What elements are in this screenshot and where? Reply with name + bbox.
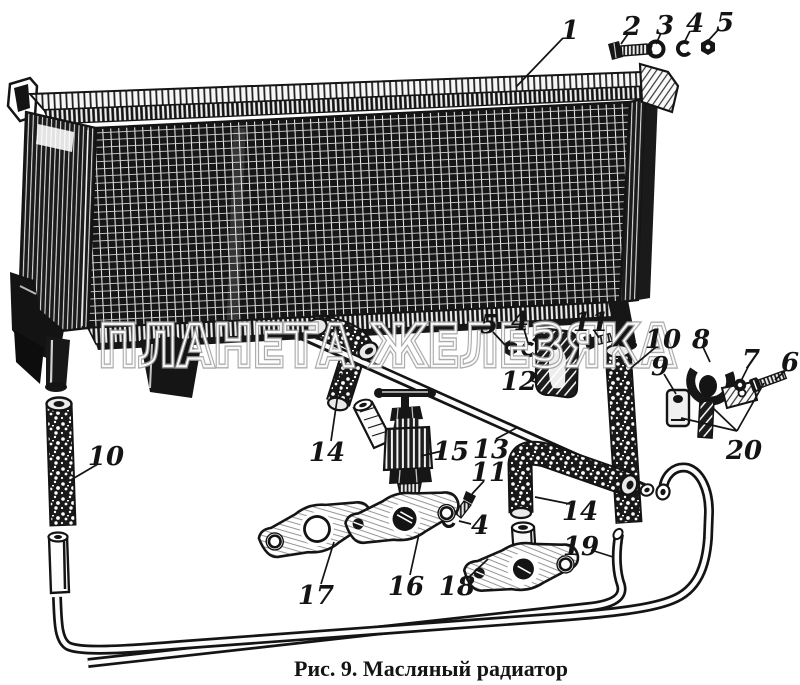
callout-label-1: 1	[561, 16, 579, 46]
callout-label-5: 5	[480, 310, 498, 340]
valve-body	[384, 427, 432, 470]
callout-label-20: 20	[725, 436, 762, 466]
callout-label-2: 2	[622, 12, 641, 42]
figure-caption: Рис. 9. Масляный радиатор	[294, 656, 568, 681]
oil-radiator-parts-diagram: ПЛАНЕТА ЖЕЛЕЗЯКА ПЛАНЕТА ЖЕЛЕЗЯКА 123455…	[0, 0, 800, 685]
callout-label-18: 18	[439, 572, 475, 602]
callout-label-6: 6	[781, 348, 799, 378]
callout-label-8: 8	[691, 325, 710, 355]
lock-washer-4	[678, 42, 690, 55]
callout-label-3: 3	[656, 11, 674, 41]
drain-valve-15	[353, 388, 436, 503]
callout-label-10: 10	[645, 325, 681, 355]
callout-leader-line-16	[410, 534, 419, 575]
callout-label-4: 4	[686, 9, 704, 39]
oil-pipe-long-loop	[57, 468, 709, 650]
hose-10-left	[47, 398, 72, 527]
callout-label-14: 14	[309, 438, 345, 468]
callout-leader-line-4	[459, 521, 471, 524]
callout-label-5: 5	[716, 8, 734, 38]
radiator-core	[88, 102, 630, 328]
valve-t-handle	[374, 388, 436, 398]
callout-label-4: 4	[471, 511, 489, 541]
callout-label-11: 11	[471, 458, 507, 488]
callout-label-15: 15	[433, 437, 469, 467]
valve-hex-nut	[389, 468, 432, 484]
callout-label-16: 16	[388, 572, 424, 602]
callout-label-11: 11	[573, 308, 609, 338]
tube-below-hose-10	[49, 533, 70, 594]
callout-label-9: 9	[651, 352, 669, 382]
callout-label-12: 12	[501, 367, 537, 397]
callout-label-14: 14	[562, 497, 598, 527]
bracket-9	[667, 390, 689, 426]
radiator-outlet-left	[45, 336, 70, 392]
bolt-2	[608, 41, 648, 60]
figure-page: ПЛАНЕТА ЖЕЛЕЗЯКА ПЛАНЕТА ЖЕЛЕЗЯКА 123455…	[0, 0, 800, 685]
callout-label-10: 10	[88, 442, 124, 472]
callout-label-17: 17	[298, 581, 334, 611]
callout-label-7: 7	[742, 345, 760, 375]
callout-label-4: 4	[511, 307, 529, 337]
nut-7	[734, 379, 746, 391]
callout-label-19: 19	[563, 532, 599, 562]
